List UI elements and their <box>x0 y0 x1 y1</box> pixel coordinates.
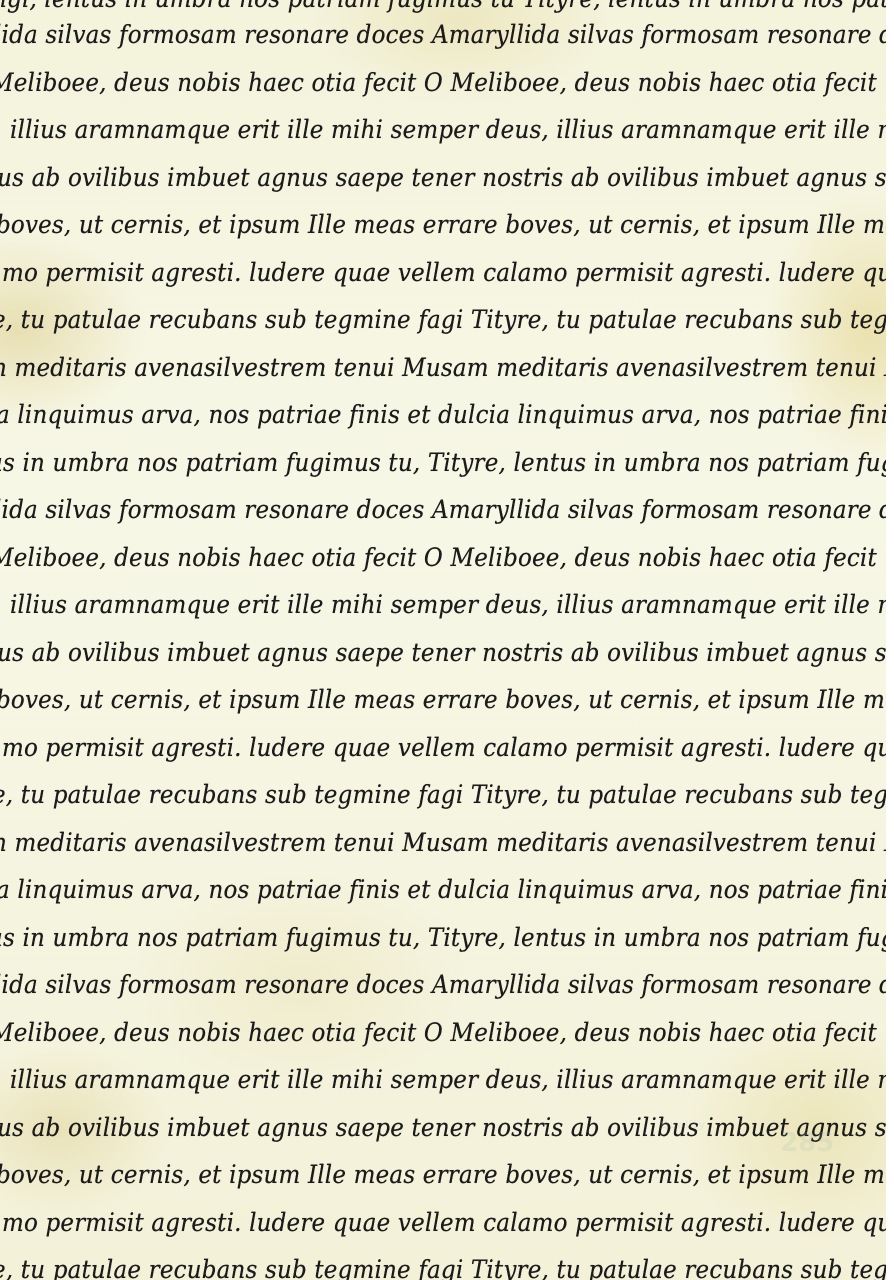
handwritten-line: n meditaris avenasilvestrem tenui Musam … <box>0 353 886 382</box>
handwritten-line: e, tu patulae recubans sub tegmine fagi … <box>0 1255 886 1280</box>
aged-paper-background: ngi, lentus in umbra nos patriam fugimus… <box>0 0 886 1280</box>
handwritten-line: mo permisit agresti. ludere quae vellem … <box>2 733 886 762</box>
handwritten-line: lida silvas formosam resonare doces Amar… <box>0 20 886 49</box>
bleed-through-label: Quality <box>660 1118 706 1131</box>
paper-edge <box>886 0 894 1280</box>
handwritten-line: boves, ut cernis, et ipsum Ille meas err… <box>0 210 886 239</box>
handwritten-line: e, tu patulae recubans sub tegmine fagi … <box>0 780 886 809</box>
handwritten-line: boves, ut cernis, et ipsum Ille meas err… <box>0 685 886 714</box>
handwritten-line: illius aramnamque erit ille mihi semper … <box>10 115 886 144</box>
handwritten-line: n meditaris avenasilvestrem tenui Musam … <box>0 828 886 857</box>
handwritten-line: us in umbra nos patriam fugimus tu, Tity… <box>0 448 886 477</box>
bleed-through-number: 285 <box>780 1128 834 1158</box>
handwritten-line: Meliboee, deus nobis haec otia fecit O M… <box>0 543 877 572</box>
handwritten-line: rus ab ovilibus imbuet agnus saepe tener… <box>0 638 886 667</box>
handwritten-line: illius aramnamque erit ille mihi semper … <box>10 1065 886 1094</box>
handwritten-line: rus ab ovilibus imbuet agnus saepe tener… <box>0 163 886 192</box>
handwritten-line: illius aramnamque erit ille mihi semper … <box>10 590 886 619</box>
handwritten-line: ngi, lentus in umbra nos patriam fugimus… <box>0 0 886 13</box>
handwritten-line: lida silvas formosam resonare doces Amar… <box>0 970 886 999</box>
handwritten-line: boves, ut cernis, et ipsum Ille meas err… <box>0 1160 886 1189</box>
handwritten-line: mo permisit agresti. ludere quae vellem … <box>2 1208 886 1237</box>
handwritten-line: Meliboee, deus nobis haec otia fecit O M… <box>0 1018 877 1047</box>
handwritten-line: rus ab ovilibus imbuet agnus saepe tener… <box>0 1113 886 1142</box>
handwritten-line: us in umbra nos patriam fugimus tu, Tity… <box>0 923 886 952</box>
handwritten-line: Meliboee, deus nobis haec otia fecit O M… <box>0 68 877 97</box>
handwritten-line: lida silvas formosam resonare doces Amar… <box>0 495 886 524</box>
handwritten-line: mo permisit agresti. ludere quae vellem … <box>2 258 886 287</box>
handwritten-line: e, tu patulae recubans sub tegmine fagi … <box>0 305 886 334</box>
handwritten-line: a linquimus arva, nos patriae finis et d… <box>0 875 886 904</box>
handwritten-line: a linquimus arva, nos patriae finis et d… <box>0 400 886 429</box>
